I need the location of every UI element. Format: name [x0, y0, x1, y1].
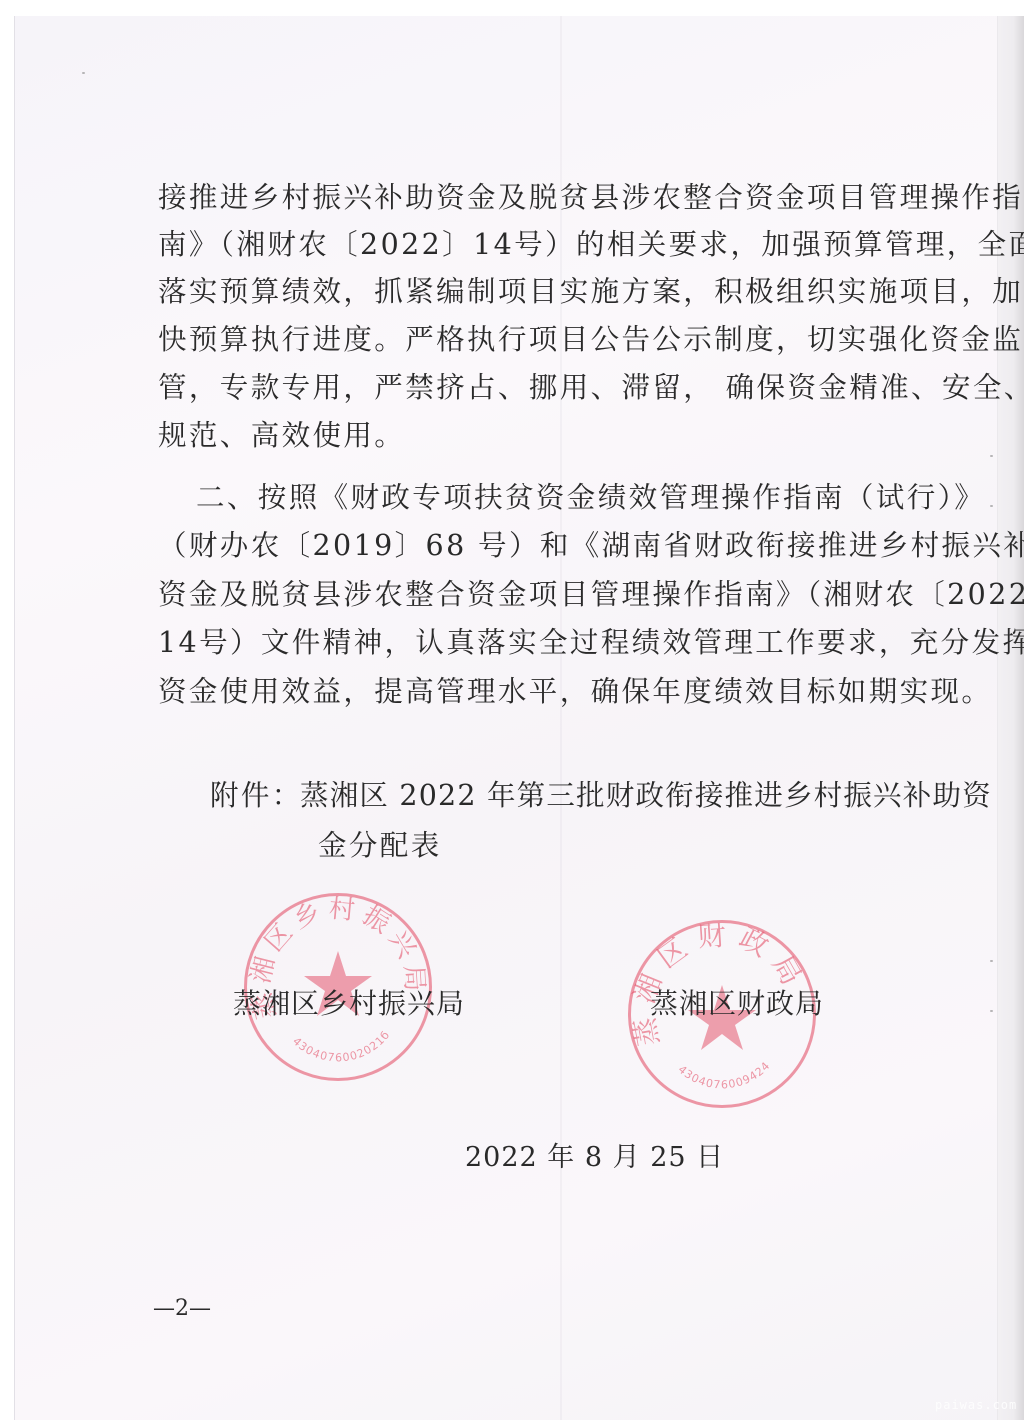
scan-speck [990, 505, 993, 507]
text-line: （财办农〔2019〕68 号）和《湖南省财政衔接推进乡村振兴补助 [158, 526, 918, 566]
scan-speck [990, 455, 993, 457]
text-line: 14号）文件精神，认真落实全过程绩效管理工作要求，充分发挥 [158, 623, 918, 663]
svg-text:4304076009424: 4304076009424 [676, 1059, 773, 1091]
document-date: 2022 年 8 月 25 日 [465, 1135, 724, 1174]
watermark: paiwas.com [935, 1398, 1017, 1412]
text-line: 二、按照《财政专项扶贫资金绩效管理操作指南（试行）》 [196, 478, 918, 518]
signatory-finance-bureau: 蒸湘区财政局 [650, 982, 824, 1022]
attachment-title-line-2: 金分配表 [318, 826, 618, 866]
text-line: 南》（湘财农〔2022〕14号）的相关要求，加强预算管理，全面 [158, 225, 918, 265]
page-number: —2— [153, 1296, 211, 1321]
text-line: 资金及脱贫县涉农整合资金项目管理操作指南》（湘财农〔2022〕 [158, 575, 918, 615]
text-line: 管，专款专用，严禁挤占、挪用、滞留， 确保资金精准、安全、 [158, 368, 918, 408]
text-line: 规范、高效使用。 [158, 416, 918, 456]
text-line: 资金使用效益，提高管理水平，确保年度绩效目标如期实现。 [158, 672, 918, 712]
attachment-title-line-1: 蒸湘区 2022 年第三批财政衔接推进乡村振兴补助资 [300, 776, 920, 816]
svg-text:4304076002021б: 4304076002021б [290, 1028, 393, 1064]
page-edge-shadow [997, 16, 1024, 1420]
text-line: 接推进乡村振兴补助资金及脱贫县涉农整合资金项目管理操作指 [158, 178, 918, 218]
text-line: 落实预算绩效，抓紧编制项目实施方案，积极组织实施项目，加 [158, 272, 918, 312]
signatory-rural-revitalization-bureau: 蒸湘区乡村振兴局 [233, 982, 465, 1022]
scan-speck [990, 960, 993, 962]
scan-speck [990, 1010, 993, 1012]
attachment-label: 附件： [210, 776, 310, 816]
scan-speck [82, 72, 85, 74]
text-line: 快预算执行进度。严格执行项目公告公示制度，切实强化资金监 [158, 320, 918, 360]
